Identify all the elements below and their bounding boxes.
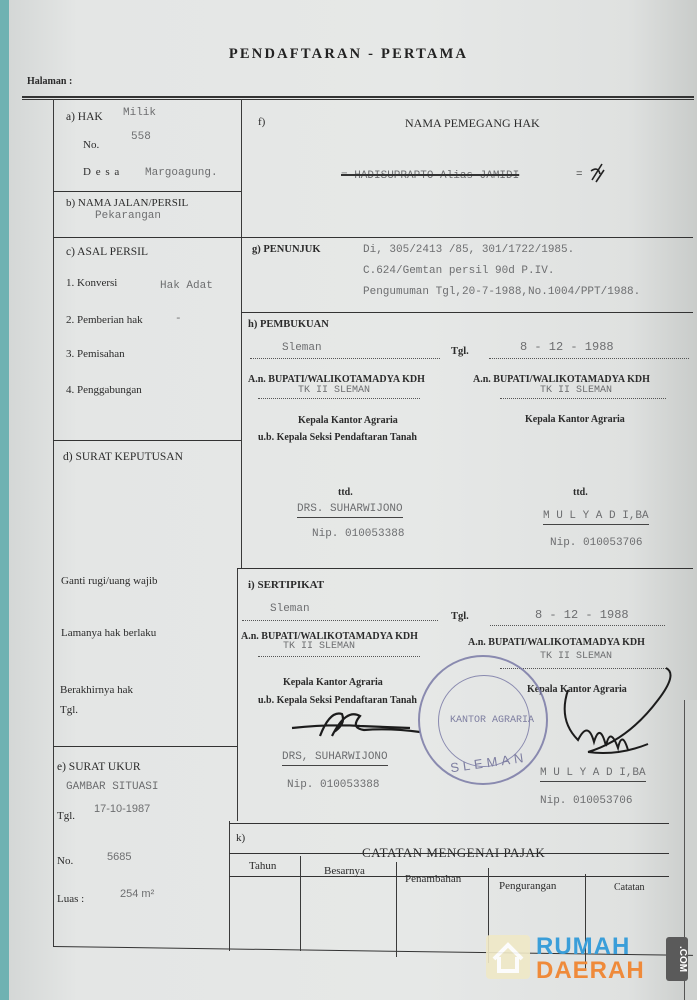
nama-pemegang-hak-heading: NAMA PEMEGANG HAK — [405, 116, 540, 131]
h-right-nip: Nip. 010053706 — [550, 537, 642, 549]
section-k-label: k) — [236, 832, 245, 844]
gambar-situasi: GAMBAR SITUASI — [66, 781, 158, 793]
surat-ukur-label: e) SURAT UKUR — [57, 761, 141, 773]
pemberian-hak-label: 2. Pemberian hak — [66, 314, 143, 326]
luas-label: Luas : — [57, 893, 84, 905]
penunjuk-line-1: Di, 305/2413 /85, 301/1722/1985. — [363, 244, 574, 256]
col-penambahan: Penambahan — [405, 873, 461, 885]
penggabungan-label: 4. Penggabungan — [66, 384, 142, 396]
pemisahan-label: 3. Pemisahan — [66, 348, 125, 360]
column-divider-lower — [229, 821, 230, 951]
row-divider-gh — [241, 312, 693, 313]
signature-suharwijono-icon — [290, 706, 430, 742]
surat-keputusan-label: d) SURAT KEPUTUSAN — [63, 451, 183, 463]
nama-jalan-label: b) NAMA JALAN/PERSIL — [66, 197, 188, 209]
row-divider-cd — [53, 440, 241, 441]
i-left-nip: Nip. 010053388 — [287, 779, 379, 791]
h-left-region: TK II SLEMAN — [298, 385, 370, 396]
stamp-center-text: KANTOR AGRARIA — [450, 715, 534, 726]
row-divider-ik — [229, 823, 669, 824]
berakhirnya-tgl-label: Tgl. — [60, 704, 78, 716]
pajak-header-top — [229, 853, 669, 854]
sertipikat-date: 8 - 12 - 1988 — [535, 608, 629, 622]
ganti-rugi-label: Ganti rugi/uang wajib — [61, 575, 158, 587]
sertipikat-label: i) SERTIPIKAT — [248, 579, 324, 591]
document-page — [9, 0, 697, 1000]
penunjuk-label: g) PENUNJUK — [252, 244, 321, 255]
background-edge — [0, 0, 9, 1000]
h-right-region-line — [500, 398, 666, 399]
h-left-role2: u.b. Kepala Seksi Pendaftaran Tanah — [258, 432, 417, 443]
pembukuan-date-line — [489, 358, 689, 359]
col-besarnya: Besarnya — [324, 865, 365, 877]
sertipikat-place-line — [242, 620, 438, 621]
desa-value: Margoagung. — [145, 167, 218, 179]
surat-ukur-no-value: 5685 — [107, 851, 131, 863]
initial-mark-icon — [588, 160, 606, 184]
i-left-role2: u.b. Kepala Seksi Pendaftaran Tanah — [258, 695, 417, 706]
row-divider-hi — [237, 568, 693, 569]
pajak-col-divider-1 — [300, 856, 301, 951]
house-icon — [486, 935, 530, 979]
pemberian-hak-value: - — [175, 313, 182, 325]
column-divider-upper — [241, 99, 242, 569]
sertipikat-date-line — [490, 625, 665, 626]
halaman-label: Halaman : — [27, 76, 72, 87]
sertipikat-place: Sleman — [270, 603, 310, 615]
col-pengurangan: Pengurangan — [499, 880, 556, 892]
pembukuan-label: h) PEMBUKUAN — [248, 319, 329, 330]
row-divider-bc — [53, 237, 693, 238]
h-right-name: M U L Y A D I,BA — [543, 510, 649, 525]
penunjuk-line-3: Pengumuman Tgl,20-7-1988,No.1004/PPT/198… — [363, 286, 640, 298]
top-rule — [22, 96, 694, 98]
hak-value: Milik — [123, 107, 156, 119]
pembukuan-date: 8 - 12 - 1988 — [520, 340, 614, 354]
no-value: 558 — [131, 131, 151, 143]
sertipikat-tgl-label: Tgl. — [451, 611, 469, 622]
holder-name-suffix: = — [576, 168, 583, 180]
asal-persil-label: c) ASAL PERSIL — [66, 246, 148, 258]
holder-name-struck: = HADISUPRAPTO Alias JAMIDI — [341, 170, 519, 182]
h-right-region: TK II SLEMAN — [540, 385, 612, 396]
pembukuan-tgl-label: Tgl. — [451, 346, 469, 357]
surat-ukur-tgl-label: Tgl. — [57, 810, 75, 822]
no-label: No. — [83, 139, 99, 151]
document-title: PENDAFTARAN - PERTAMA — [0, 46, 697, 63]
watermark-suffix: .COM — [666, 937, 688, 981]
i-left-name: DRS, SUHARWIJONO — [282, 751, 388, 766]
h-left-an: A.n. BUPATI/WALIKOTAMADYA KDH — [248, 374, 425, 385]
signature-mulyadi-icon — [548, 660, 678, 770]
left-border — [53, 99, 54, 947]
h-right-an: A.n. BUPATI/WALIKOTAMADYA KDH — [473, 374, 650, 385]
penunjuk-line-2: C.624/Gemtan persil 90d P.IV. — [363, 265, 554, 277]
lamanya-label: Lamanya hak berlaku — [61, 627, 156, 639]
konversi-value: Hak Adat — [160, 280, 213, 292]
h-left-name: DRS. SUHARWIJONO — [297, 503, 403, 518]
nama-jalan-value: Pekarangan — [95, 210, 161, 222]
i-left-region: TK II SLEMAN — [283, 641, 355, 652]
h-right-ttd: ttd. — [573, 487, 588, 498]
top-rule-2 — [22, 99, 694, 100]
i-right-nip: Nip. 010053706 — [540, 795, 632, 807]
hak-label: a) HAK — [66, 111, 103, 123]
berakhirnya-label: Berakhirnya hak — [60, 684, 133, 696]
row-divider-de — [53, 746, 237, 747]
surat-ukur-tgl-value: 17-10-1987 — [94, 803, 150, 815]
column-divider-mid — [237, 569, 238, 821]
col-tahun: Tahun — [249, 860, 276, 872]
i-left-region-line — [258, 656, 420, 657]
surat-ukur-no-label: No. — [57, 855, 73, 867]
watermark-logo: RUMAH DAERAH .COM — [486, 935, 696, 991]
row-divider-ab — [53, 191, 241, 192]
pembukuan-place: Sleman — [282, 342, 322, 354]
luas-value: 254 m² — [120, 888, 154, 900]
h-left-region-line — [258, 398, 420, 399]
konversi-label: 1. Konversi — [66, 277, 117, 289]
watermark-bottom-text: DAERAH — [536, 957, 645, 985]
h-right-role1: Kepala Kantor Agraria — [525, 414, 625, 425]
desa-label: D e s a — [83, 166, 120, 178]
official-stamp: KANTOR AGRARIA SLEMAN — [418, 655, 548, 785]
pajak-col-divider-2 — [396, 862, 397, 957]
i-left-role1: Kepala Kantor Agraria — [283, 677, 383, 688]
h-left-nip: Nip. 010053388 — [312, 528, 404, 540]
i-right-an: A.n. BUPATI/WALIKOTAMADYA KDH — [468, 637, 645, 648]
col-catatan: Catatan — [614, 882, 645, 893]
h-left-role1: Kepala Kantor Agraria — [298, 415, 398, 426]
h-left-ttd: ttd. — [338, 487, 353, 498]
pembukuan-place-line — [250, 358, 440, 359]
section-f-label: f) — [258, 116, 265, 128]
